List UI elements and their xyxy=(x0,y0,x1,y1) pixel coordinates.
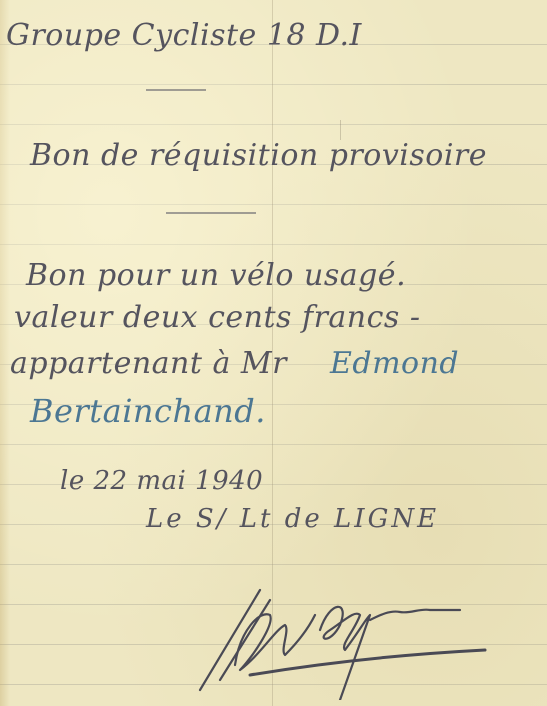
document-title: Bon de réquisition provisoire xyxy=(30,138,487,173)
body-line-value: valeur deux cents francs - xyxy=(14,300,421,335)
body-line-owner-prefix: appartenant à Mr xyxy=(10,346,287,381)
handwritten-signature-icon xyxy=(190,570,510,700)
paper-crease-mark xyxy=(340,120,341,140)
title-underline xyxy=(166,212,256,214)
owner-first-name: Edmond xyxy=(330,346,459,381)
unit-header: Groupe Cycliste 18 D.I xyxy=(6,18,362,53)
signatory-name: Le S/ Lt de LIGNE xyxy=(146,504,439,534)
requisition-document: Groupe Cycliste 18 D.I Bon de réquisitio… xyxy=(0,0,547,706)
body-line-voucher: Bon pour un vélo usagé. xyxy=(26,258,406,293)
header-underline xyxy=(146,89,206,91)
owner-last-name: Bertainchand. xyxy=(30,392,266,430)
document-date: le 22 mai 1940 xyxy=(60,466,263,496)
